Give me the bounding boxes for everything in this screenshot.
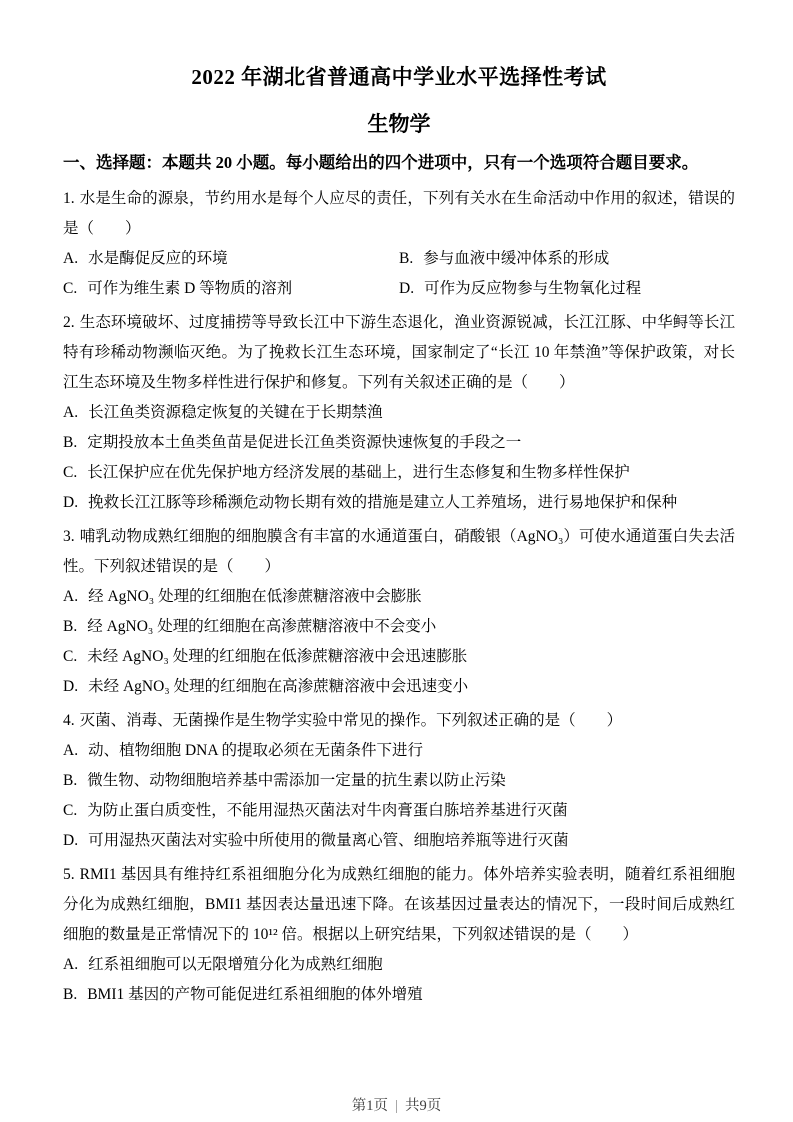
- option-A: A.长江鱼类资源稳定恢复的关键在于长期禁渔: [63, 398, 735, 428]
- option-label: D.: [399, 280, 414, 297]
- option-text: 为防止蛋白质变性，不能用湿热灭菌法对牛肉膏蛋白胨培养基进行灭菌: [87, 802, 568, 819]
- question-4: 4.灭菌、消毒、无菌操作是生物学实验中常见的操作。下列叙述正确的是（ ）A.动、…: [63, 706, 735, 856]
- option-C: C.可作为维生素 D 等物质的溶剂: [63, 274, 399, 304]
- option-text: 挽救长江江豚等珍稀濒危动物长期有效的措施是建立人工养殖场，进行易地保护和保种: [88, 494, 677, 511]
- option-D: D.挽救长江江豚等珍稀濒危动物长期有效的措施是建立人工养殖场，进行易地保护和保种: [63, 488, 735, 518]
- option-B: B.经 AgNO₃ 处理的红细胞在高渗蔗糖溶液中不会变小: [63, 612, 735, 642]
- option-A: A.红系祖细胞可以无限增殖分化为成熟红细胞: [63, 950, 735, 980]
- options: A.动、植物细胞 DNA 的提取必须在无菌条件下进行B.微生物、动物细胞培养基中…: [63, 736, 735, 856]
- question-list: 1.水是生命的源泉，节约用水是每个人应尽的责任，下列有关水在生命活动中作用的叙述…: [63, 184, 735, 1010]
- question-text: RMI1 基因具有维持红系祖细胞分化为成熟红细胞的能力。体外培养实验表明，随着红…: [63, 866, 735, 943]
- option-label: C.: [63, 464, 77, 481]
- option-text: 红系祖细胞可以无限增殖分化为成熟红细胞: [88, 956, 383, 973]
- option-label: A.: [63, 742, 78, 759]
- option-text: 可作为反应物参与生物氧化过程: [424, 280, 641, 297]
- option-A: A.动、植物细胞 DNA 的提取必须在无菌条件下进行: [63, 736, 735, 766]
- question-number: 3.: [63, 528, 75, 545]
- option-label: C.: [63, 802, 77, 819]
- option-text: 经 AgNO₃ 处理的红细胞在高渗蔗糖溶液中不会变小: [87, 618, 436, 635]
- option-label: B.: [63, 434, 77, 451]
- option-C: C.为防止蛋白质变性，不能用湿热灭菌法对牛肉膏蛋白胨培养基进行灭菌: [63, 796, 735, 826]
- question-2: 2.生态环境破坏、过度捕捞等导致长江中下游生态退化，渔业资源锐减，长江江豚、中华…: [63, 308, 735, 518]
- option-label: B.: [63, 618, 77, 635]
- option-B: B.定期投放本土鱼类鱼苗是促进长江鱼类资源快速恢复的手段之一: [63, 428, 735, 458]
- option-text: 可作为维生素 D 等物质的溶剂: [87, 280, 292, 297]
- page-footer: 第1页|共9页: [0, 1097, 793, 1115]
- option-label: D.: [63, 494, 78, 511]
- section-instructions: 一、选择题：本题共 20 小题。每小题给出的四个进项中，只有一个选项符合题目要求…: [63, 151, 735, 175]
- option-text: 未经 AgNO₃ 处理的红细胞在低渗蔗糖溶液中会迅速膨胀: [87, 648, 467, 665]
- question-number: 1.: [63, 190, 75, 207]
- option-A: A.水是酶促反应的环境: [63, 244, 399, 274]
- option-text: 定期投放本土鱼类鱼苗是促进长江鱼类资源快速恢复的手段之一: [87, 434, 521, 451]
- option-label: C.: [63, 648, 77, 665]
- options: A.红系祖细胞可以无限增殖分化为成熟红细胞B.BMI1 基因的产物可能促进红系祖…: [63, 950, 735, 1010]
- option-label: B.: [63, 986, 77, 1003]
- question-stem: 5.RMI1 基因具有维持红系祖细胞分化为成熟红细胞的能力。体外培养实验表明，随…: [63, 860, 735, 950]
- footer-page-total: 共9页: [405, 1098, 441, 1114]
- option-text: 长江保护应在优先保护地方经济发展的基础上，进行生态修复和生物多样性保护: [87, 464, 630, 481]
- question-number: 4.: [63, 712, 75, 729]
- option-text: 微生物、动物细胞培养基中需添加一定量的抗生素以防止污染: [87, 772, 506, 789]
- option-C: C.未经 AgNO₃ 处理的红细胞在低渗蔗糖溶液中会迅速膨胀: [63, 642, 735, 672]
- option-text: 水是酶促反应的环境: [88, 250, 228, 267]
- question-5: 5.RMI1 基因具有维持红系祖细胞分化为成熟红细胞的能力。体外培养实验表明，随…: [63, 860, 735, 1010]
- question-stem: 4.灭菌、消毒、无菌操作是生物学实验中常见的操作。下列叙述正确的是（ ）: [63, 706, 735, 736]
- question-stem: 1.水是生命的源泉，节约用水是每个人应尽的责任，下列有关水在生命活动中作用的叙述…: [63, 184, 735, 244]
- options: A.水是酶促反应的环境B.参与血液中缓冲体系的形成C.可作为维生素 D 等物质的…: [63, 244, 735, 304]
- option-text: 未经 AgNO₃ 处理的红细胞在高渗蔗糖溶液中会迅速变小: [88, 678, 468, 695]
- option-B: B.参与血液中缓冲体系的形成: [399, 244, 735, 274]
- option-B: B.微生物、动物细胞培养基中需添加一定量的抗生素以防止污染: [63, 766, 735, 796]
- option-D: D.可作为反应物参与生物氧化过程: [399, 274, 735, 304]
- question-text: 生态环境破坏、过度捕捞等导致长江中下游生态退化，渔业资源锐减，长江江豚、中华鲟等…: [63, 314, 735, 391]
- option-text: 经 AgNO₃ 处理的红细胞在低渗蔗糖溶液中会膨胀: [88, 588, 422, 605]
- question-1: 1.水是生命的源泉，节约用水是每个人应尽的责任，下列有关水在生命活动中作用的叙述…: [63, 184, 735, 304]
- option-D: D.可用湿热灭菌法对实验中所使用的微量离心管、细胞培养瓶等进行灭菌: [63, 826, 735, 856]
- option-label: A.: [63, 250, 78, 267]
- exam-page: 2022 年湖北省普通高中学业水平选择性考试 生物学 一、选择题：本题共 20 …: [0, 0, 793, 1122]
- option-B: B.BMI1 基因的产物可能促进红系祖细胞的体外增殖: [63, 980, 735, 1010]
- option-label: B.: [63, 772, 77, 789]
- option-label: C.: [63, 280, 77, 297]
- option-text: 动、植物细胞 DNA 的提取必须在无菌条件下进行: [88, 742, 423, 759]
- question-number: 2.: [63, 314, 75, 331]
- option-D: D.未经 AgNO₃ 处理的红细胞在高渗蔗糖溶液中会迅速变小: [63, 672, 735, 702]
- exam-title: 2022 年湖北省普通高中学业水平选择性考试: [63, 64, 735, 91]
- option-label: D.: [63, 678, 78, 695]
- question-3: 3.哺乳动物成熟红细胞的细胞膜含有丰富的水通道蛋白，硝酸银（AgNO₃）可使水通…: [63, 522, 735, 702]
- option-label: B.: [399, 250, 413, 267]
- question-text: 灭菌、消毒、无菌操作是生物学实验中常见的操作。下列叙述正确的是（ ）: [80, 712, 623, 729]
- option-A: A.经 AgNO₃ 处理的红细胞在低渗蔗糖溶液中会膨胀: [63, 582, 735, 612]
- question-text: 水是生命的源泉，节约用水是每个人应尽的责任，下列有关水在生命活动中作用的叙述，错…: [63, 190, 735, 237]
- option-text: BMI1 基因的产物可能促进红系祖细胞的体外增殖: [87, 986, 422, 1003]
- option-C: C.长江保护应在优先保护地方经济发展的基础上，进行生态修复和生物多样性保护: [63, 458, 735, 488]
- page-content: 2022 年湖北省普通高中学业水平选择性考试 生物学 一、选择题：本题共 20 …: [0, 0, 793, 1010]
- question-stem: 3.哺乳动物成熟红细胞的细胞膜含有丰富的水通道蛋白，硝酸银（AgNO₃）可使水通…: [63, 522, 735, 582]
- option-text: 参与血液中缓冲体系的形成: [423, 250, 609, 267]
- option-label: A.: [63, 588, 78, 605]
- option-label: D.: [63, 832, 78, 849]
- option-text: 可用湿热灭菌法对实验中所使用的微量离心管、细胞培养瓶等进行灭菌: [88, 832, 569, 849]
- exam-subject: 生物学: [63, 111, 735, 138]
- footer-separator: |: [395, 1098, 398, 1114]
- footer-page-current: 第1页: [352, 1098, 388, 1114]
- option-text: 长江鱼类资源稳定恢复的关键在于长期禁渔: [88, 404, 383, 421]
- question-number: 5.: [63, 866, 75, 883]
- option-label: A.: [63, 956, 78, 973]
- option-label: A.: [63, 404, 78, 421]
- options: A.经 AgNO₃ 处理的红细胞在低渗蔗糖溶液中会膨胀B.经 AgNO₃ 处理的…: [63, 582, 735, 702]
- question-text: 哺乳动物成熟红细胞的细胞膜含有丰富的水通道蛋白，硝酸银（AgNO₃）可使水通道蛋…: [63, 528, 735, 575]
- options: A.长江鱼类资源稳定恢复的关键在于长期禁渔B.定期投放本土鱼类鱼苗是促进长江鱼类…: [63, 398, 735, 518]
- question-stem: 2.生态环境破坏、过度捕捞等导致长江中下游生态退化，渔业资源锐减，长江江豚、中华…: [63, 308, 735, 398]
